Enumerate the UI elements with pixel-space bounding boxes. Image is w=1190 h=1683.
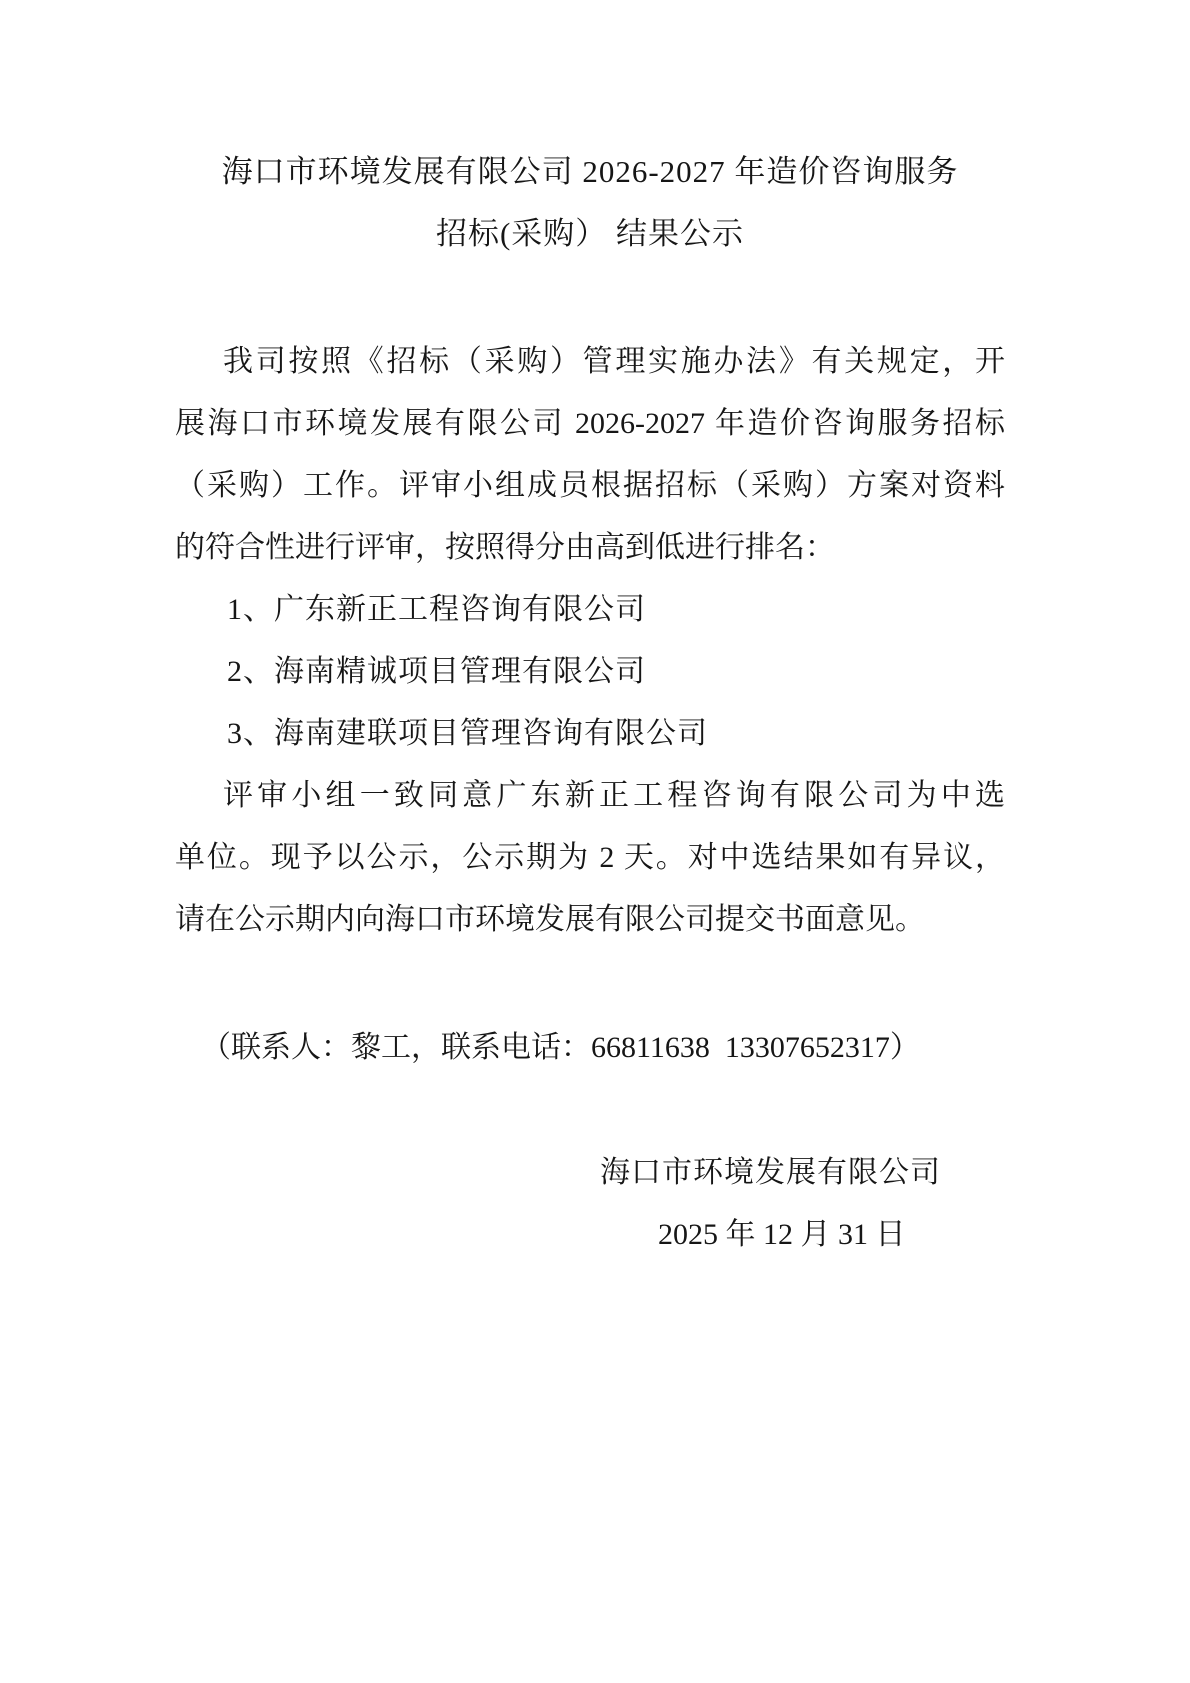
intro-line-1: 我司按照《招标（采购）管理实施办法》有关规定，开	[175, 331, 1005, 393]
document-page: 海口市环境发展有限公司 2026-2027 年造价咨询服务 招标(采购） 结果公…	[0, 0, 1190, 1683]
intro-line-4: 的符合性进行评审，按照得分由高到低进行排名：	[175, 517, 1005, 579]
signature-company: 海口市环境发展有限公司	[600, 1142, 1005, 1204]
contact-line: （联系人：黎工，联系电话：66811638 13307652317）	[175, 1017, 1005, 1079]
ranking-item-2: 2、海南精诚项目管理有限公司	[175, 641, 1005, 703]
decision-paragraph: 评审小组一致同意广东新正工程咨询有限公司为中选 单位。现予以公示，公示期为 2 …	[175, 765, 1005, 951]
decision-line-2: 单位。现予以公示，公示期为 2 天。对中选结果如有异议，	[175, 827, 1005, 889]
intro-line-2: 展海口市环境发展有限公司 2026-2027 年造价咨询服务招标	[175, 393, 1005, 455]
signature-date: 2025 年 12 月 31 日	[658, 1204, 1005, 1266]
ranking-list: 1、广东新正工程咨询有限公司 2、海南精诚项目管理有限公司 3、海南建联项目管理…	[175, 579, 1005, 765]
decision-line-1: 评审小组一致同意广东新正工程咨询有限公司为中选	[175, 765, 1005, 827]
ranking-item-1: 1、广东新正工程咨询有限公司	[175, 579, 1005, 641]
document-title: 海口市环境发展有限公司 2026-2027 年造价咨询服务 招标(采购） 结果公…	[175, 141, 1005, 265]
title-line-2: 招标(采购） 结果公示	[175, 203, 1005, 265]
decision-line-3: 请在公示期内向海口市环境发展有限公司提交书面意见。	[175, 889, 1005, 951]
title-line-1: 海口市环境发展有限公司 2026-2027 年造价咨询服务	[175, 141, 1005, 203]
intro-paragraph: 我司按照《招标（采购）管理实施办法》有关规定，开 展海口市环境发展有限公司 20…	[175, 331, 1005, 579]
ranking-item-3: 3、海南建联项目管理咨询有限公司	[175, 703, 1005, 765]
intro-line-3: （采购）工作。评审小组成员根据招标（采购）方案对资料	[175, 455, 1005, 517]
